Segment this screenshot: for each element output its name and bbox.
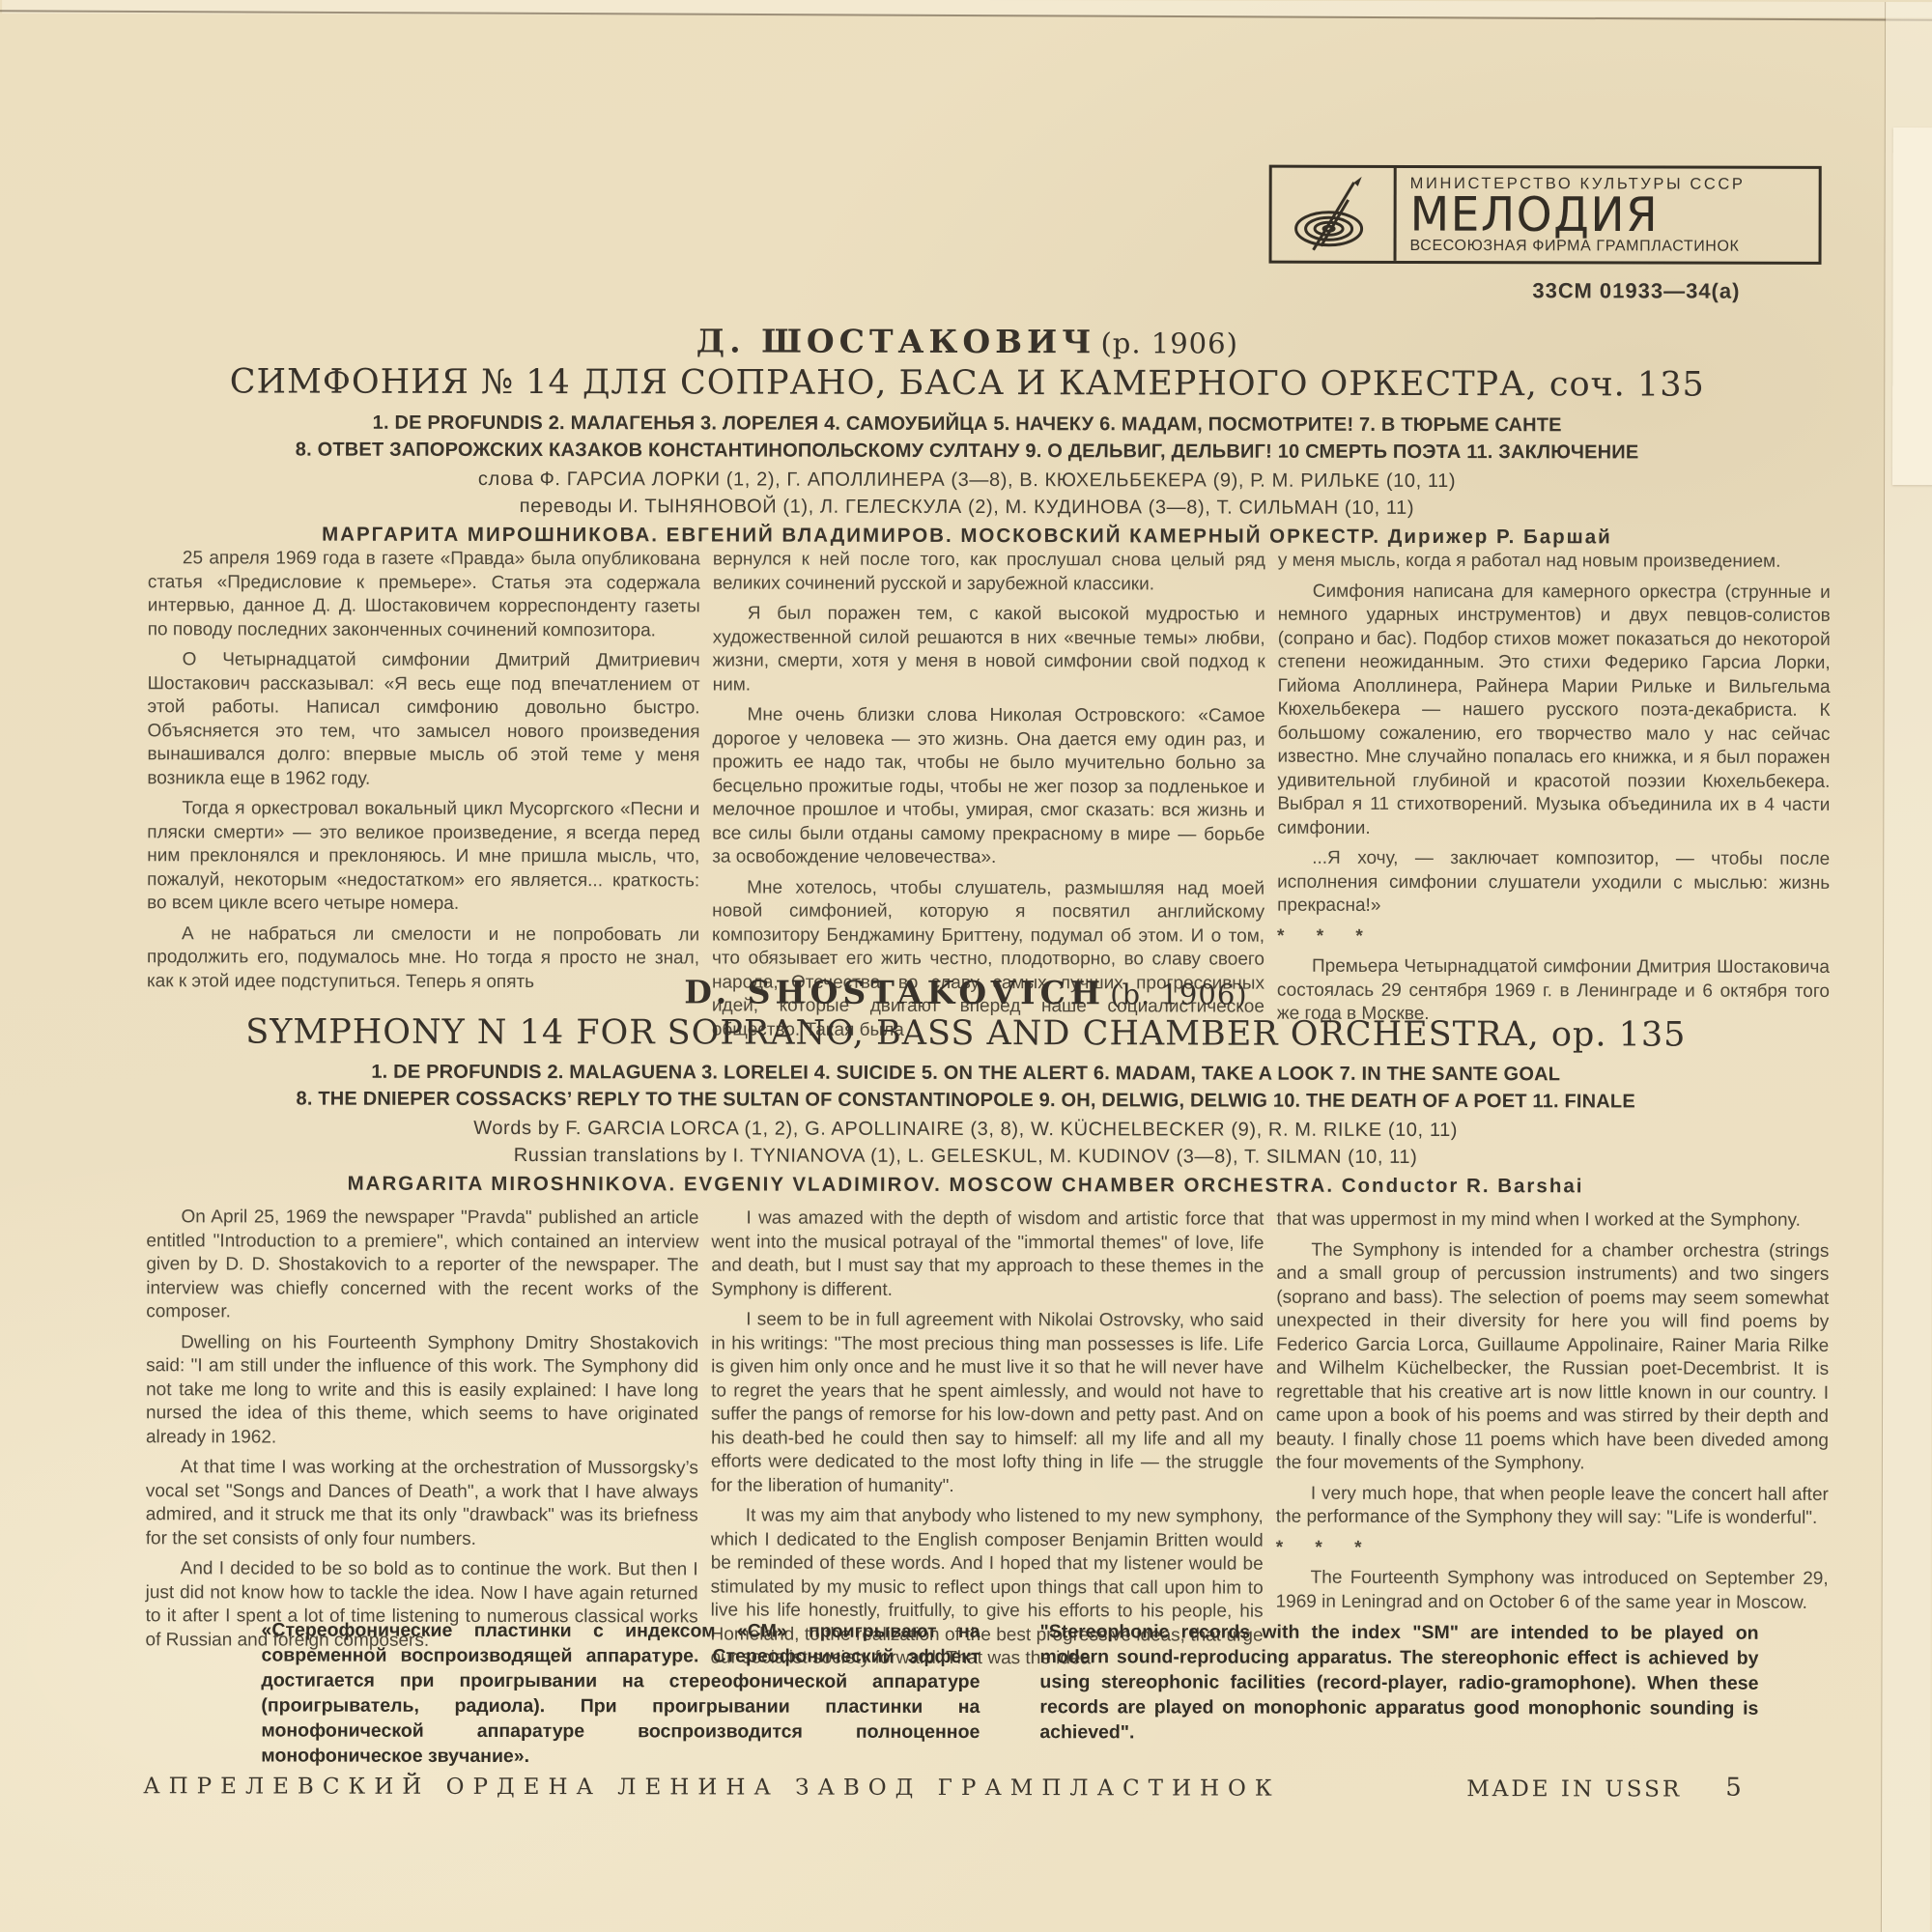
paragraph: I very much hope, that when people leave… <box>1276 1482 1829 1530</box>
paragraph: * * * <box>1276 1536 1829 1561</box>
ru-tracklist-line-1: 1. DE PROFUNDIS 2. МАЛАГЕНЬЯ 3. ЛОРЕЛЕЯ … <box>1 412 1932 438</box>
ru-performers-line: МАРГАРИТА МИРОШНИКОВА. ЕВГЕНИЙ ВЛАДИМИРО… <box>1 523 1932 550</box>
en-symphony-title: SYMPHONY N 14 FOR SOPRANO, BASS AND CHAM… <box>0 1012 1932 1055</box>
paragraph: вернулся к ней после того, как прослушал… <box>713 548 1265 596</box>
paragraph: I was amazed with the depth of wisdom an… <box>711 1207 1264 1302</box>
ru-words-credit: слова Ф. ГАРСИА ЛОРКИ (1, 2), Г. АПОЛЛИН… <box>1 468 1932 494</box>
en-column-3: that was uppermost in my mind when I wor… <box>1276 1208 1830 1622</box>
en-column-1: On April 25, 1969 the newspaper "Pravda"… <box>145 1206 698 1660</box>
stereo-note-english: "Stereophonic records with the index "SM… <box>1039 1619 1758 1747</box>
melodiya-emblem-icon <box>1272 168 1397 261</box>
paragraph: that was uppermost in my mind when I wor… <box>1276 1208 1829 1234</box>
en-performers-line: MARGARITA MIROSHNIKOVA. EVGENIY VLADIMIR… <box>0 1172 1932 1199</box>
en-column-2: I was amazed with the depth of wisdom an… <box>710 1207 1264 1678</box>
ru-tracklist-line-2: 8. ОТВЕТ ЗАПОРОЖСКИХ КАЗАКОВ КОНСТАНТИНО… <box>1 439 1932 465</box>
paragraph: On April 25, 1969 the newspaper "Pravda"… <box>146 1206 698 1325</box>
pressing-plant-label: АПРЕЛЕВСКИЙ ОРДЕНА ЛЕНИНА ЗАВОД ГРАМПЛАС… <box>143 1774 1281 1801</box>
ru-composer-name: Д. ШОСТАКОВИЧ <box>696 322 1096 360</box>
en-translations-credit: Russian translations by I. TYNIANOVA (1)… <box>0 1144 1932 1170</box>
paragraph: * * * <box>1277 924 1830 950</box>
paragraph: Симфония написана для камерного оркестра… <box>1277 580 1831 841</box>
paragraph: Dwelling on his Fourteenth Symphony Dmit… <box>146 1331 698 1451</box>
paragraph: The Fourteenth Symphony was introduced o… <box>1276 1567 1829 1615</box>
paragraph: Я был поражен тем, с какой высокой мудро… <box>713 602 1265 697</box>
paragraph: I seem to be in full agreement with Niko… <box>711 1308 1264 1498</box>
sleeve-page-number: 5 <box>1725 1774 1742 1803</box>
paragraph: у меня мысль, когда я работал над новым … <box>1278 550 1831 575</box>
paragraph: Мне очень близки слова Николая Островско… <box>712 703 1264 870</box>
paragraph: ...Я хочу, — заключает композитор, — что… <box>1277 847 1830 920</box>
paragraph: Тогда я оркестровал вокальный цикл Мусор… <box>147 797 699 917</box>
ru-symphony-title: СИМФОНИЯ № 14 ДЛЯ СОПРАНО, БАСА И КАМЕРН… <box>1 362 1932 405</box>
melodiya-brand-label: МЕЛОДИЯ <box>1410 193 1807 239</box>
ru-composer-line: Д. ШОСТАКОВИЧ (р. 1906) <box>1 321 1932 362</box>
made-in-ussr-label: MADE IN USSR <box>1466 1776 1682 1802</box>
catalog-number: 33СМ 01933—34(а) <box>1334 278 1740 304</box>
stereo-note-russian: «Стереофонические пластинки с индексом «… <box>261 1617 980 1770</box>
ru-column-1: 25 апреля 1969 года в газете «Правда» бы… <box>147 547 700 1001</box>
en-composer-line: D. SHOSTAKOVICH (b. 1906) <box>0 972 1932 1013</box>
paragraph: 25 апреля 1969 года в газете «Правда» бы… <box>148 547 700 642</box>
paragraph: At that time I was working at the orches… <box>146 1456 698 1551</box>
record-sleeve-back: МИНИСТЕРСТВО КУЛЬТУРЫ СССР МЕЛОДИЯ ВСЕСО… <box>0 0 1932 1932</box>
en-composer-birth: (b. 1906) <box>1110 978 1248 1010</box>
ru-translations-credit: переводы И. ТЫНЯНОВОЙ (1), Л. ГЕЛЕСКУЛА … <box>1 495 1932 521</box>
ru-composer-birth: (р. 1906) <box>1100 327 1238 359</box>
en-words-credit: Words by F. GARCIA LORCA (1, 2), G. APOL… <box>0 1117 1932 1143</box>
melodiya-logo-box: МИНИСТЕРСТВО КУЛЬТУРЫ СССР МЕЛОДИЯ ВСЕСО… <box>1269 165 1822 265</box>
en-tracklist-line-2: 8. THE DNIEPER COSSACKS’ REPLY TO THE SU… <box>0 1088 1932 1114</box>
paragraph: The Symphony is intended for a chamber o… <box>1276 1238 1830 1476</box>
ru-column-3: у меня мысль, когда я работал над новым … <box>1277 550 1831 1035</box>
paragraph: О Четырнадцатой симфонии Дмитрий Дмитрие… <box>147 648 699 791</box>
en-composer-name: D. SHOSTAKOVICH <box>684 973 1105 1011</box>
en-tracklist-line-1: 1. DE PROFUNDIS 2. MALAGUENA 3. LORELEI … <box>0 1061 1932 1087</box>
